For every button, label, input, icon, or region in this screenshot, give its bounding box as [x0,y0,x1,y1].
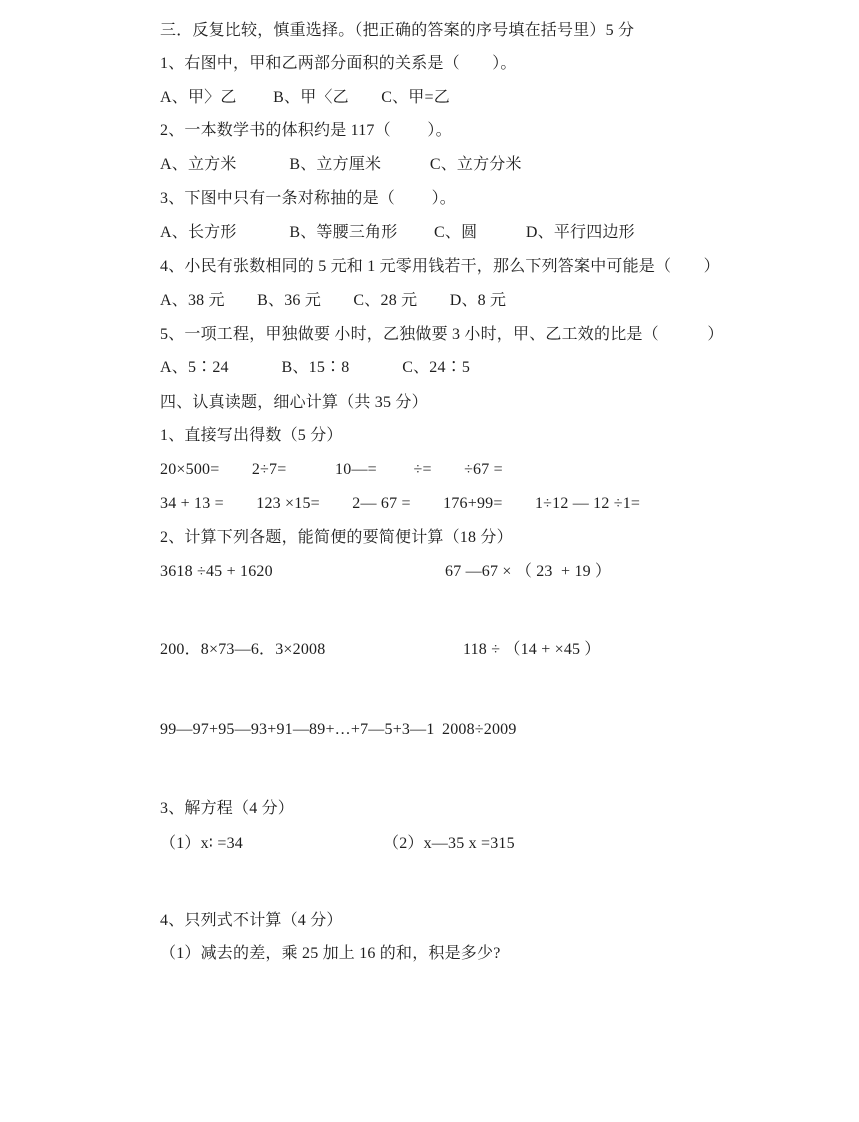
calc-expression-3-right: 2008÷2009 [442,719,517,741]
question-1-options: A、甲〉乙 B、甲〈乙 C、甲=乙 [160,87,450,109]
oral-calc-row-2: 34 + 13 = 123 ×15= 2— 67 = 176+99= 1÷12 … [160,493,640,515]
equation-2: （2）x—35 x =315 [383,833,515,855]
calc-expression-1-left: 3618 ÷45 + 1620 [160,561,273,583]
question-3-stem: 3、下图中只有一条对称抽的是（ ）。 [160,188,456,210]
question-1-stem: 1、右图中，甲和乙两部分面积的关系是（ ）。 [160,53,517,75]
question-4-stem: 4、小民有张数相同的 5 元和 1 元零用钱若干，那么下列答案中可能是（ ） [160,256,720,278]
solve-equation-heading: 3、解方程（4 分） [160,798,294,820]
section-three-heading: 三．反复比较，慎重选择。（把正确的答案的序号填在括号里）5 分 [160,20,634,42]
calc-expression-row-3: 99—97+95—93+91—89+…+7—5+3—1 2008÷2009 [0,719,859,741]
question-4-options: A、38 元 B、36 元 C、28 元 D、8 元 [160,290,506,312]
calc-expression-1-right: 67 —67 × （ 23 + 19 ） [445,561,611,583]
calc-expression-2-right: 118 ÷ （14 + ×45 ） [463,639,601,661]
oral-calc-heading: 1、直接写出得数（5 分） [160,425,343,447]
exam-paper-page: 三．反复比较，慎重选择。（把正确的答案的序号填在括号里）5 分 1、右图中，甲和… [0,0,859,1122]
list-expression-item-1: （1）减去的差，乘 25 加上 16 的和，积是多少? [160,943,501,965]
simplified-calc-heading: 2、计算下列各题，能简便的要简便计算（18 分） [160,527,513,549]
calc-expression-row-2: 200．8×73—6．3×2008 118 ÷ （14 + ×45 ） [0,639,859,661]
question-5-options: A、5∶24 B、15∶8 C、24∶5 [160,357,470,379]
question-3-options: A、长方形 B、等腰三角形 C、圆 D、平行四边形 [160,222,635,244]
equation-row: （1）x∶ =34 （2）x—35 x =315 [0,833,859,855]
equation-1: （1）x∶ =34 [160,833,243,855]
section-four-heading: 四、认真读题，细心计算（共 35 分） [160,392,428,414]
oral-calc-row-1: 20×500= 2÷7= 10—= ÷= ÷67 = [160,459,503,481]
question-2-options: A、立方米 B、立方厘米 C、立方分米 [160,154,522,176]
calc-expression-2-left: 200．8×73—6．3×2008 [160,639,325,661]
question-2-stem: 2、一本数学书的体积约是 117（ ）。 [160,120,452,142]
list-expression-heading: 4、只列式不计算（4 分） [160,910,343,932]
calc-expression-3-left: 99—97+95—93+91—89+…+7—5+3—1 [160,719,435,741]
calc-expression-row-1: 3618 ÷45 + 1620 67 —67 × （ 23 + 19 ） [0,561,859,583]
question-5-stem: 5、一项工程，甲独做要 小时，乙独做要 3 小时，甲、乙工效的比是（ ） [160,324,724,346]
